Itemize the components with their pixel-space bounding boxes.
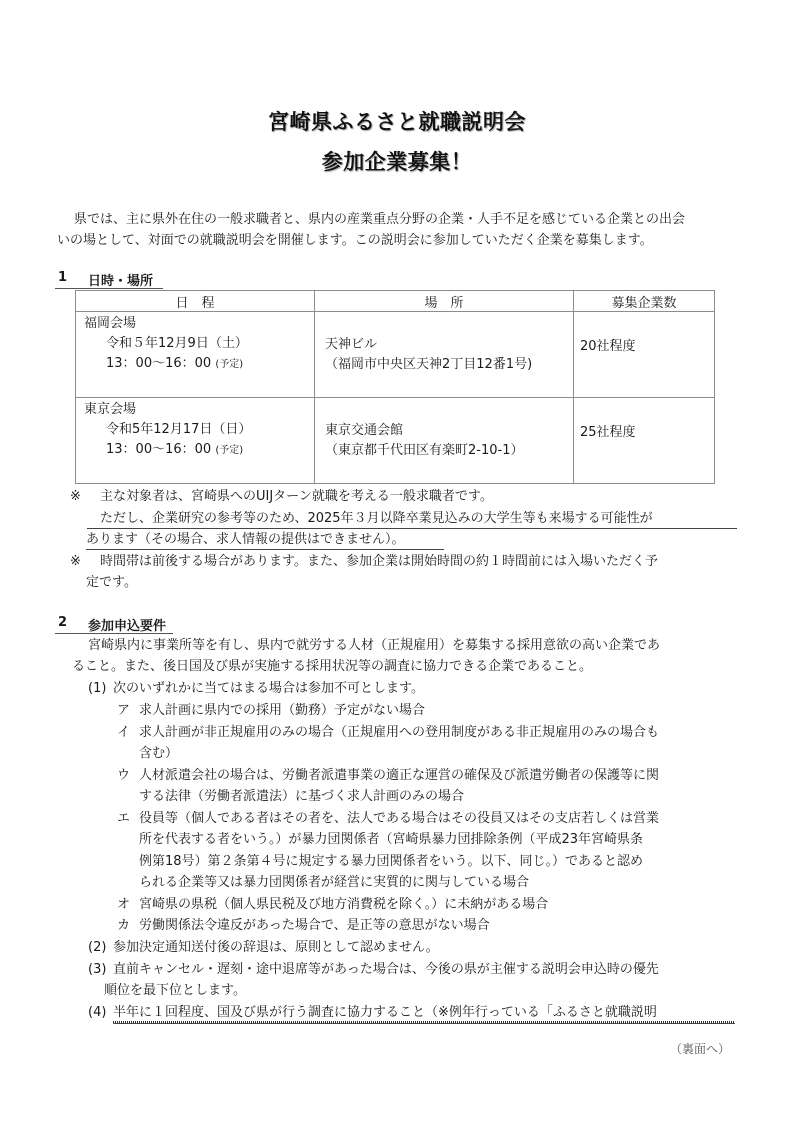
item-2-text: 参加決定通知送付後の辞退は、原則として認めません。	[113, 939, 439, 957]
page-subtitle: 参加企業募集！	[0, 146, 794, 176]
section-1-underline	[55, 288, 163, 289]
section-2-intro-line-1: 宮崎県内に事業所等を有し、県内で就労する人材（正規雇用）を募集する採用意欲の高い…	[88, 637, 660, 655]
item-1-text: 次のいずれかに当てはまる場合は参加不可とします。	[113, 680, 424, 698]
note-2-line-1: ただし、企業研究の参考等のため、2025年３月以降卒業見込みの大学生等も来場する…	[100, 510, 653, 528]
event-date: 令和5年12月17日（日）	[84, 420, 314, 440]
schedule-table: 日 程 場 所 募集企業数 福岡会場 令和５年12月9日（土） 13：00～16…	[75, 290, 715, 484]
header-date: 日 程	[76, 291, 315, 312]
place-cell: 天神ビル （福岡市中央区天神2丁目12番1号)	[315, 312, 574, 398]
section-2-number: 2	[58, 615, 67, 630]
subitem-u-line-1: 人材派遣会社の場合は、労働者派遣事業の適正な運営の確保及び派遣労働者の保護等に関	[139, 767, 659, 785]
section-2-intro-line-2: ること。また、後日国及び県が実施する採用状況等の調査に協力できる企業であること。	[72, 658, 592, 676]
note-underline	[86, 549, 444, 550]
subitem-e-line-2: 所を代表する者をいう。）が暴力団関係者（宮崎県暴力団排除条例（平成23年宮崎県条	[139, 831, 643, 849]
item-1-label: (1)	[88, 680, 106, 698]
item-2-label: (2)	[88, 939, 106, 957]
table-header-row: 日 程 場 所 募集企業数	[76, 291, 715, 312]
subitem-e-line-1: 役員等（個人である者はその者を、法人である場合はその役員又はその支店若しくは営業	[139, 810, 659, 828]
subitem-a-text: 求人計画に県内での採用（勤務）予定がない場合	[139, 702, 425, 720]
section-2-heading: 参加申込要件	[88, 615, 166, 634]
date-cell: 東京会場 令和5年12月17日（日） 13：00～16：00 (予定)	[76, 398, 315, 484]
place-address: （東京都千代田区有楽町2-10-1）	[325, 441, 573, 461]
section-1-number: 1	[58, 270, 67, 285]
subitem-i-line-2: 含む）	[139, 745, 178, 763]
subitem-e-label: エ	[117, 810, 130, 828]
header-place: 場 所	[315, 291, 574, 312]
subitem-o-label: オ	[117, 896, 130, 914]
subitem-u-label: ウ	[117, 767, 130, 785]
time-note: (予定)	[215, 445, 243, 456]
section-2-underline	[55, 633, 173, 634]
count-cell: 20社程度	[574, 312, 715, 398]
place-cell: 東京交通会館 （東京都千代田区有楽町2-10-1）	[315, 398, 574, 484]
event-time: 13：00～16：00	[106, 356, 211, 371]
subitem-u-line-2: する法律（労働者派遣法）に基づく求人計画のみの場合	[139, 788, 464, 806]
company-count: 20社程度	[574, 312, 714, 354]
header-count: 募集企業数	[574, 291, 715, 312]
item-3-line-1: 直前キャンセル・遅刻・途中退席等があった場合は、今後の県が主催する説明会申込時の…	[113, 961, 659, 979]
item-4-text: 半年に１回程度、国及び県が行う調査に協力すること（※例年行っている「ふるさと就職…	[113, 1004, 657, 1022]
subitem-ka-text: 労働関係法令違反があった場合で、是正等の意思がない場合	[139, 917, 490, 935]
intro-line-1: 県では、主に県外在住の一般求職者と、県内の産業重点分野の企業・人手不足を感じてい…	[74, 211, 685, 229]
subitem-i-label: イ	[117, 724, 130, 742]
place-address: （福岡市中央区天神2丁目12番1号)	[325, 355, 573, 375]
item-3-line-2: 順位を最下位とします。	[104, 982, 246, 1000]
company-count: 25社程度	[574, 398, 714, 440]
time-note: (予定)	[215, 359, 243, 370]
count-cell: 25社程度	[574, 398, 715, 484]
note-3-line-2: 定です。	[86, 574, 137, 592]
subitem-ka-label: カ	[117, 917, 130, 935]
section-1-heading: 日時・場所	[88, 270, 153, 289]
venue-name: 福岡会場	[84, 314, 314, 334]
subitem-a-label: ア	[117, 702, 130, 720]
table-row: 福岡会場 令和５年12月9日（土） 13：00～16：00 (予定) 天神ビル …	[76, 312, 715, 398]
date-cell: 福岡会場 令和５年12月9日（土） 13：00～16：00 (予定)	[76, 312, 315, 398]
note-mark: ※	[70, 488, 81, 506]
note-3-line-1: 時間帯は前後する場合があります。また、参加企業は開始時間の約１時間前には入場いた…	[100, 553, 658, 571]
intro-line-2: いの場として、対面での就職説明会を開催します。この説明会に参加していただく企業を…	[57, 232, 653, 250]
venue-name: 東京会場	[84, 400, 314, 420]
note-1-line-1: 主な対象者は、宮崎県へのUIJターン就職を考える一般求職者です。	[100, 488, 493, 506]
subitem-e-line-4: られる企業等又は暴力団関係者が経営に実質的に関与している場合	[139, 874, 529, 892]
event-time: 13：00～16：00	[106, 442, 211, 457]
page-title: 宮崎県ふるさと就職説明会	[0, 106, 794, 136]
table-row: 東京会場 令和5年12月17日（日） 13：00～16：00 (予定) 東京交通…	[76, 398, 715, 484]
note-underline	[87, 528, 737, 529]
event-date: 令和５年12月9日（土）	[84, 334, 314, 354]
note-mark: ※	[70, 553, 81, 571]
item-4-wavy-underline	[113, 1021, 735, 1024]
item-4-label: (4)	[88, 1004, 106, 1022]
place-name: 東京交通会館	[325, 421, 573, 441]
place-name: 天神ビル	[325, 335, 573, 355]
subitem-e-line-3: 例第18号）第２条第４号に規定する暴力団関係者をいう。以下、同じ。）であると認め	[139, 853, 643, 871]
subitem-o-text: 宮崎県の県税（個人県民税及び地方消費税を除く。）に未納がある場合	[139, 896, 548, 914]
subitem-i-line-1: 求人計画が非正規雇用のみの場合（正規雇用への登用制度がある非正規雇用のみの場合も	[139, 724, 659, 742]
item-3-label: (3)	[88, 961, 106, 979]
note-2-line-2: あります（その場合、求人情報の提供はできません）。	[86, 531, 405, 549]
continue-to-back-note: （裏面へ）	[670, 1040, 730, 1057]
